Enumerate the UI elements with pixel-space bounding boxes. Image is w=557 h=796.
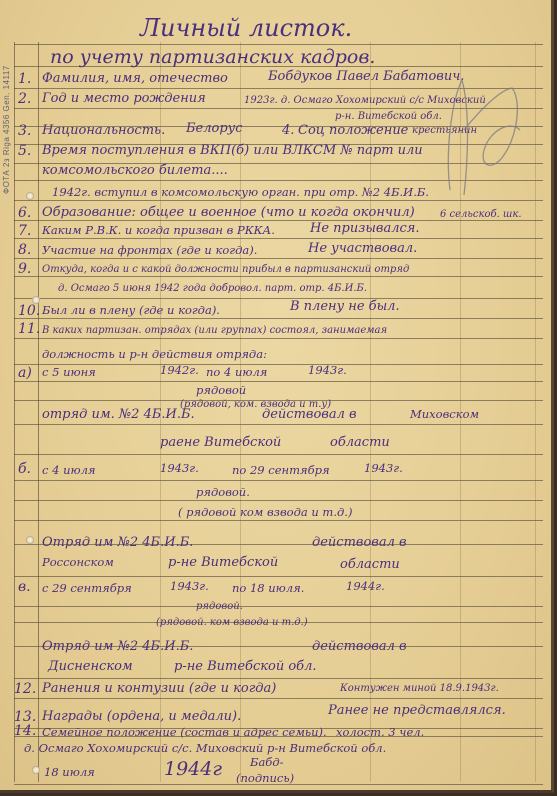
period-a-region-tail: области (330, 436, 390, 449)
period-b-letter: б. (18, 462, 31, 477)
period-b-unit: Отряд им №2 4Б.И.Б. (42, 536, 193, 549)
period-a-to-date: по 4 июля (206, 366, 267, 379)
field-6-label: Образование: общее и военное (что и когд… (42, 206, 415, 219)
field-12-label: Ранения и контузии (где и когда) (42, 682, 276, 695)
period-c-to-year: 1944г. (346, 580, 385, 593)
period-c-action: действовал в (312, 640, 407, 653)
period-b-to-date: по 29 сентября (232, 464, 330, 477)
field-1-value: Бобдуков Павел Бабатович. (268, 70, 464, 83)
field-7-value: Не призывался. (310, 222, 420, 235)
document-title: Личный листок. (140, 14, 352, 42)
period-c-letter: в. (18, 580, 31, 595)
period-c-rank-hint: (рядовой. ком взвода и т.д.) (156, 616, 308, 629)
punch-hole (32, 766, 40, 774)
period-b-rank-hint: ( рядовой ком взвода и т.д.) (178, 506, 352, 519)
field-13-value: Ранее не представлялся. (328, 704, 506, 717)
field-5-label: Время поступления в ВКП(б) или ВЛКСМ № п… (42, 144, 423, 157)
punch-hole (26, 536, 34, 544)
field-6-number: 6. (18, 206, 31, 221)
field-12-number: 12. (14, 682, 36, 697)
field-1-label: Фамилия, имя, отечество (42, 72, 228, 85)
field-4-label: Соц положение (298, 124, 408, 137)
grid-rule (535, 42, 536, 782)
period-b-action: действовал в (312, 536, 407, 549)
field-14-value: холост. 3 чел. (336, 726, 424, 739)
margin-rule-left (14, 42, 15, 782)
field-4-number: 4. (282, 124, 294, 137)
period-a-unit: отряд им. №2 4Б.И.Б. (42, 408, 195, 421)
period-b-region-tail: области (340, 558, 400, 571)
field-8-value: Не участвовал. (308, 242, 417, 255)
field-5-value: 1942г. вступил в комсомольскую орган. пр… (52, 186, 429, 199)
period-a-letter: а) (18, 366, 32, 381)
field-1-number: 1. (18, 72, 31, 87)
field-5-number: 5. (18, 144, 31, 159)
period-a-district: Миховском (410, 408, 479, 421)
pencil-annotation-mark (440, 70, 525, 200)
field-13-label: Награды (ордена, и медали). (42, 710, 241, 723)
field-11-label-line2: должность и р-н действия отряда: (42, 348, 267, 361)
field-11-label: В каких партизан. отрядах (или группах) … (42, 324, 387, 337)
margin-rule-numbers (38, 42, 39, 782)
field-8-label: Участие на фронтах (где и когда). (42, 244, 257, 257)
period-c-unit: Отряд им №2 4Б.И.Б. (42, 640, 193, 653)
period-b-from-date: с 4 июля (42, 464, 96, 477)
field-3-label: Национальность. (42, 124, 165, 137)
signature-year: 1944г (164, 758, 222, 780)
field-6-value: 6 сельскоб. шк. (440, 208, 522, 221)
field-2-value-line2: р-н. Витебской обл. (335, 110, 442, 123)
field-14-label: Семейное положение (состав и адрес семьи… (42, 726, 327, 739)
period-a-to-year: 1943г. (308, 364, 347, 377)
signature-date: 18 июля (44, 766, 95, 779)
period-c-to-date: по 18 июля. (232, 582, 304, 595)
field-9-label: Откуда, когда и с какой должности прибыл… (42, 263, 409, 276)
period-b-region: р-не Витебской (168, 556, 278, 569)
field-5-label-line2: комсомольского билета.... (42, 164, 228, 177)
period-a-region: раене Витебской (160, 436, 281, 449)
field-14-number: 14. (14, 724, 36, 739)
period-b-from-year: 1943г. (160, 462, 199, 475)
document-subtitle: по учету партизанских кадров. (50, 46, 375, 68)
field-7-label: Каким Р.В.К. и когда призван в РККА. (42, 224, 275, 237)
field-10-label: Был ли в плену (где и когда). (42, 304, 220, 317)
period-a-from-year: 1942г. (160, 364, 199, 377)
field-3-number: 3. (18, 124, 31, 139)
field-8-number: 8. (18, 243, 31, 258)
period-a-from-date: с 5 июня (42, 366, 96, 379)
period-c-from-date: с 29 сентября (42, 582, 132, 595)
period-b-rank: рядовой. (196, 486, 250, 499)
margin-print-code: ФОТА 2з Riga 4356 Gen. 14117 (2, 40, 14, 220)
field-10-number: 10. (18, 304, 40, 319)
field-3-value: Белорус (186, 122, 243, 135)
period-b-district: Россонском (42, 556, 114, 569)
field-11-number: 11. (18, 322, 40, 337)
field-9-number: 9. (18, 262, 31, 277)
signature-label: (подпись) (236, 772, 294, 785)
field-7-number: 7. (18, 224, 31, 239)
period-a-rank: рядовой (196, 384, 246, 397)
field-2-label: Год и место рождения (42, 92, 206, 105)
period-c-from-year: 1943г. (170, 580, 209, 593)
field-10-value: В плену не был. (290, 300, 400, 313)
period-a-action: действовал в (262, 408, 357, 421)
document-sheet: ФОТА 2з Riga 4356 Gen. 14117 Личный лист… (0, 0, 554, 793)
field-2-number: 2. (18, 92, 31, 107)
field-9-value: д. Осмаго 5 июня 1942 года добровол. пар… (58, 282, 367, 295)
field-12-value: Контужен миной 18.9.1943г. (340, 682, 499, 695)
punch-hole (26, 192, 34, 200)
period-b-to-year: 1943г. (364, 462, 403, 475)
period-c-district: Дисненском (48, 660, 133, 673)
home-address: д. Осмаго Хохомирский с/с. Миховский р-н… (24, 742, 386, 755)
period-c-region: р-не Витебской обл. (174, 660, 317, 673)
period-c-rank: рядовой. (196, 600, 243, 613)
signature-mark: Бабд- (250, 756, 284, 769)
